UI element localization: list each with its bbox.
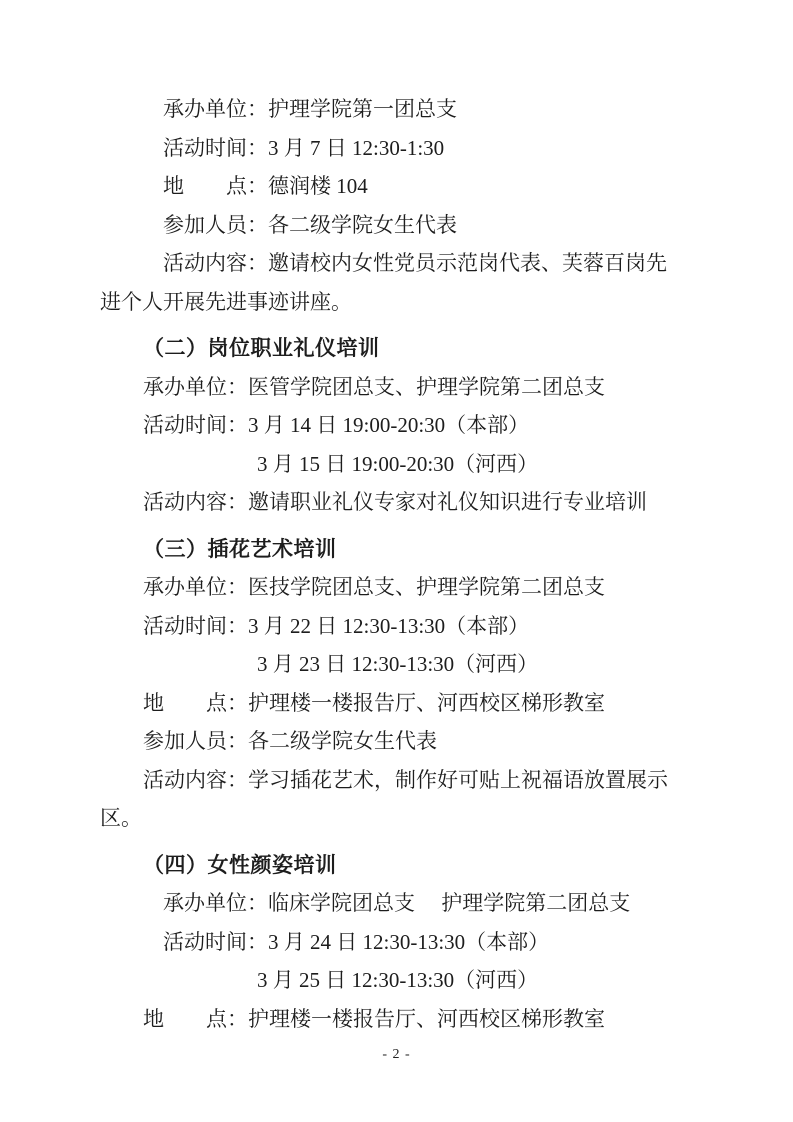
document-line: 参加人员：各二级学院女生代表: [143, 721, 695, 760]
section-heading: （四）女性颜姿培训: [143, 845, 695, 884]
document-line: 承办单位：医技学院团总支、护理学院第二团总支: [143, 567, 695, 606]
section-heading: （三）插花艺术培训: [143, 529, 695, 568]
document-line: 3 月 23 日 12:30-13:30（河西）: [257, 644, 695, 683]
document-line: 活动时间：3 月 14 日 19:00-20:30（本部）: [143, 405, 695, 444]
document-line: 地 点：德润楼 104: [163, 166, 695, 205]
document-line: 活动时间：3 月 7 日 12:30-1:30: [163, 128, 695, 167]
section-heading: （二）岗位职业礼仪培训: [143, 328, 695, 367]
document-line: 活动时间：3 月 24 日 12:30-13:30（本部）: [163, 922, 695, 961]
document-line: 承办单位：护理学院第一团总支: [163, 89, 695, 128]
document-body: 承办单位：护理学院第一团总支活动时间：3 月 7 日 12:30-1:30地 点…: [0, 0, 793, 1037]
document-line: 3 月 15 日 19:00-20:30（河西）: [257, 444, 695, 483]
document-line: 参加人员：各二级学院女生代表: [163, 205, 695, 244]
document-line: 活动内容：邀请职业礼仪专家对礼仪知识进行专业培训: [143, 482, 695, 521]
document-line: 承办单位：临床学院团总支 护理学院第二团总支: [163, 883, 695, 922]
document-line: 活动内容：学习插花艺术，制作好可贴上祝福语放置展示: [143, 760, 695, 799]
page-number: - 2 -: [0, 1047, 793, 1063]
document-line: 地 点：护理楼一楼报告厅、河西校区梯形教室: [143, 683, 695, 722]
document-line: 地 点：护理楼一楼报告厅、河西校区梯形教室: [143, 999, 695, 1038]
document-line: 承办单位：医管学院团总支、护理学院第二团总支: [143, 367, 695, 406]
document-line: 进个人开展先进事迹讲座。: [100, 282, 695, 321]
document-line: 区。: [100, 798, 695, 837]
document-line: 活动时间：3 月 22 日 12:30-13:30（本部）: [143, 606, 695, 645]
document-page: 承办单位：护理学院第一团总支活动时间：3 月 7 日 12:30-1:30地 点…: [0, 0, 793, 1122]
document-line: 活动内容：邀请校内女性党员示范岗代表、芙蓉百岗先: [163, 243, 695, 282]
document-line: 3 月 25 日 12:30-13:30（河西）: [257, 960, 695, 999]
